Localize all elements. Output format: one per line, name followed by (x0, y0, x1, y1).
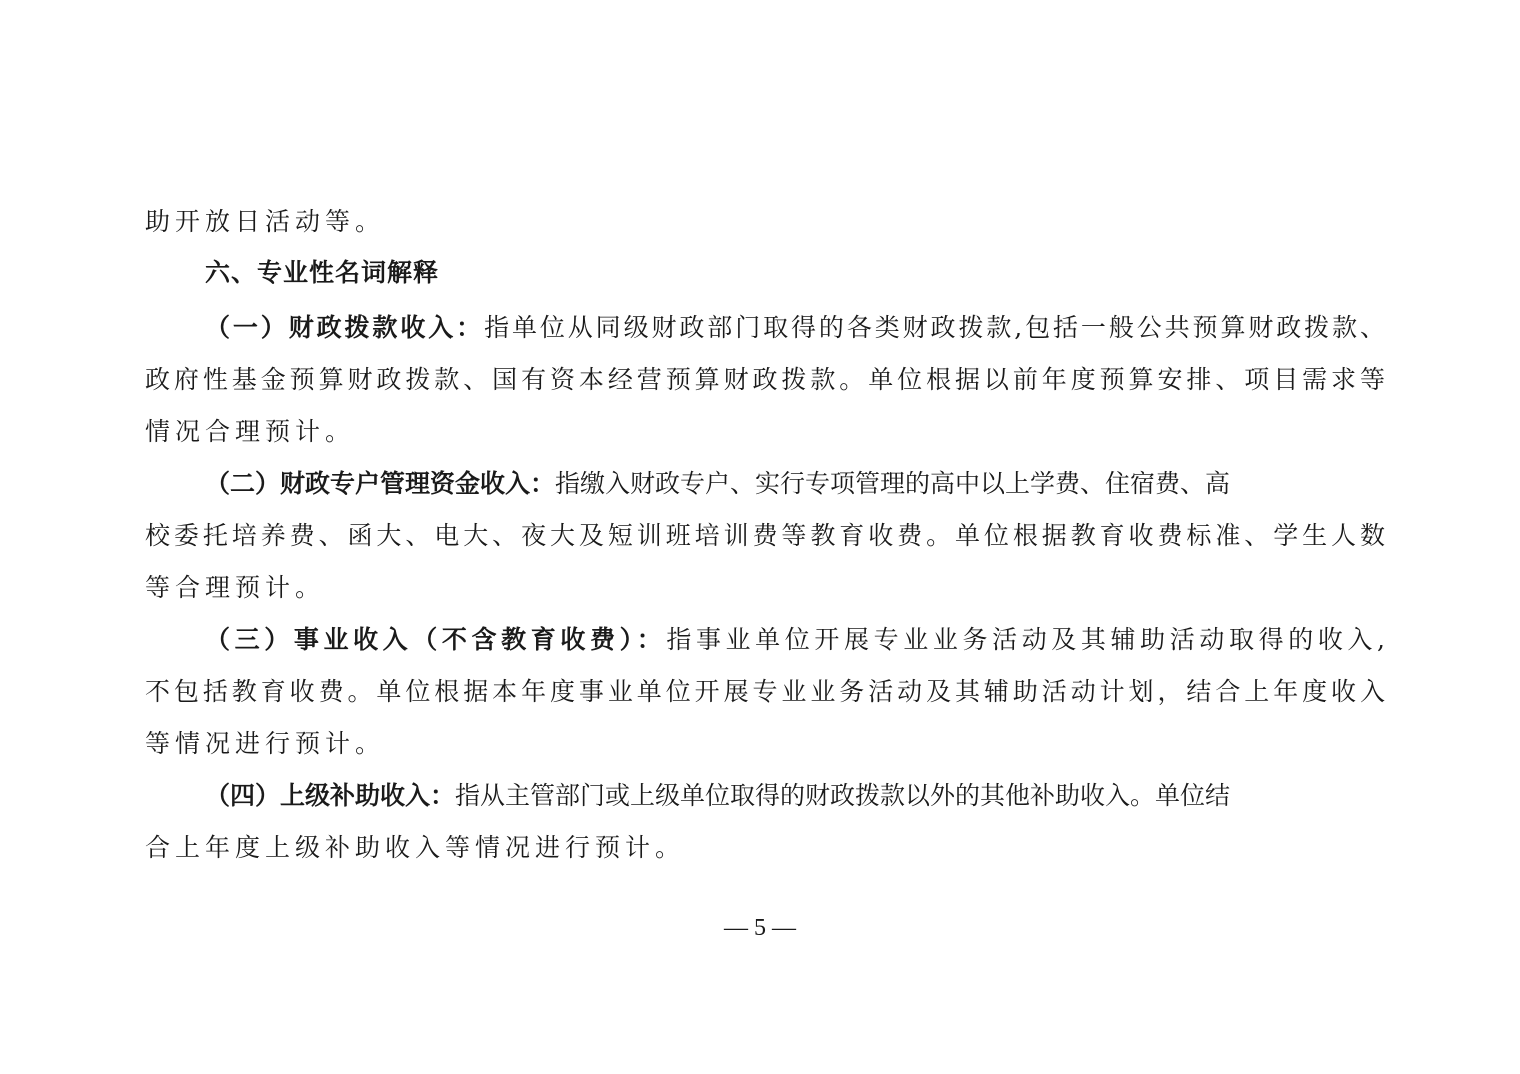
term-1-line-2: 政府性基金预算财政拨款、国有资本经营预算财政拨款。单位根据以前年度预算安排、项目… (145, 360, 1385, 400)
term-2-label: （二）财政专户管理资金收入： (205, 469, 555, 498)
term-3-first-line: （三）事业收入（不含教育收费）：指事业单位开展专业业务活动及其辅助活动取得的收入… (205, 620, 1385, 660)
term-2-text: 指缴入财政专户、实行专项管理的高中以上学费、住宿费、高 (555, 469, 1230, 498)
term-3-text: 指事业单位开展专业业务活动及其辅助活动取得的收入, (666, 625, 1385, 654)
term-4-label: （四）上级补助收入： (205, 781, 455, 810)
continuation-line: 助开放日活动等。 (145, 202, 1385, 242)
term-1-first-line: （一）财政拨款收入：指单位从同级财政部门取得的各类财政拨款,包括一般公共预算财政… (205, 308, 1385, 348)
term-2-line-2: 校委托培养费、函大、电大、夜大及短训班培训费等教育收费。单位根据教育收费标准、学… (145, 516, 1385, 556)
term-2-line-3: 等合理预计。 (145, 568, 1385, 608)
term-3-line-3: 等情况进行预计。 (145, 724, 1385, 764)
term-1-line-3: 情况合理预计。 (145, 412, 1385, 452)
section-heading: 六、专业性名词解释 (205, 253, 439, 293)
term-4-line-2: 合上年度上级补助收入等情况进行预计。 (145, 828, 1385, 868)
term-1-label: （一）财政拨款收入： (205, 313, 484, 342)
term-4-first-line: （四）上级补助收入：指从主管部门或上级单位取得的财政拨款以外的其他补助收入。单位… (205, 776, 1385, 816)
term-3-line-2: 不包括教育收费。单位根据本年度事业单位开展专业业务活动及其辅助活动计划，结合上年… (145, 672, 1385, 712)
page-number: — 5 — (0, 912, 1520, 944)
term-1-text: 指单位从同级财政部门取得的各类财政拨款,包括一般公共预算财政拨款、 (484, 313, 1385, 342)
term-3-label: （三）事业收入（不含教育收费）： (205, 625, 666, 654)
term-2-first-line: （二）财政专户管理资金收入：指缴入财政专户、实行专项管理的高中以上学费、住宿费、… (205, 464, 1385, 504)
term-4-text: 指从主管部门或上级单位取得的财政拨款以外的其他补助收入。单位结 (455, 781, 1230, 810)
document-page: 助开放日活动等。 六、专业性名词解释 （一）财政拨款收入：指单位从同级财政部门取… (0, 0, 1520, 1074)
